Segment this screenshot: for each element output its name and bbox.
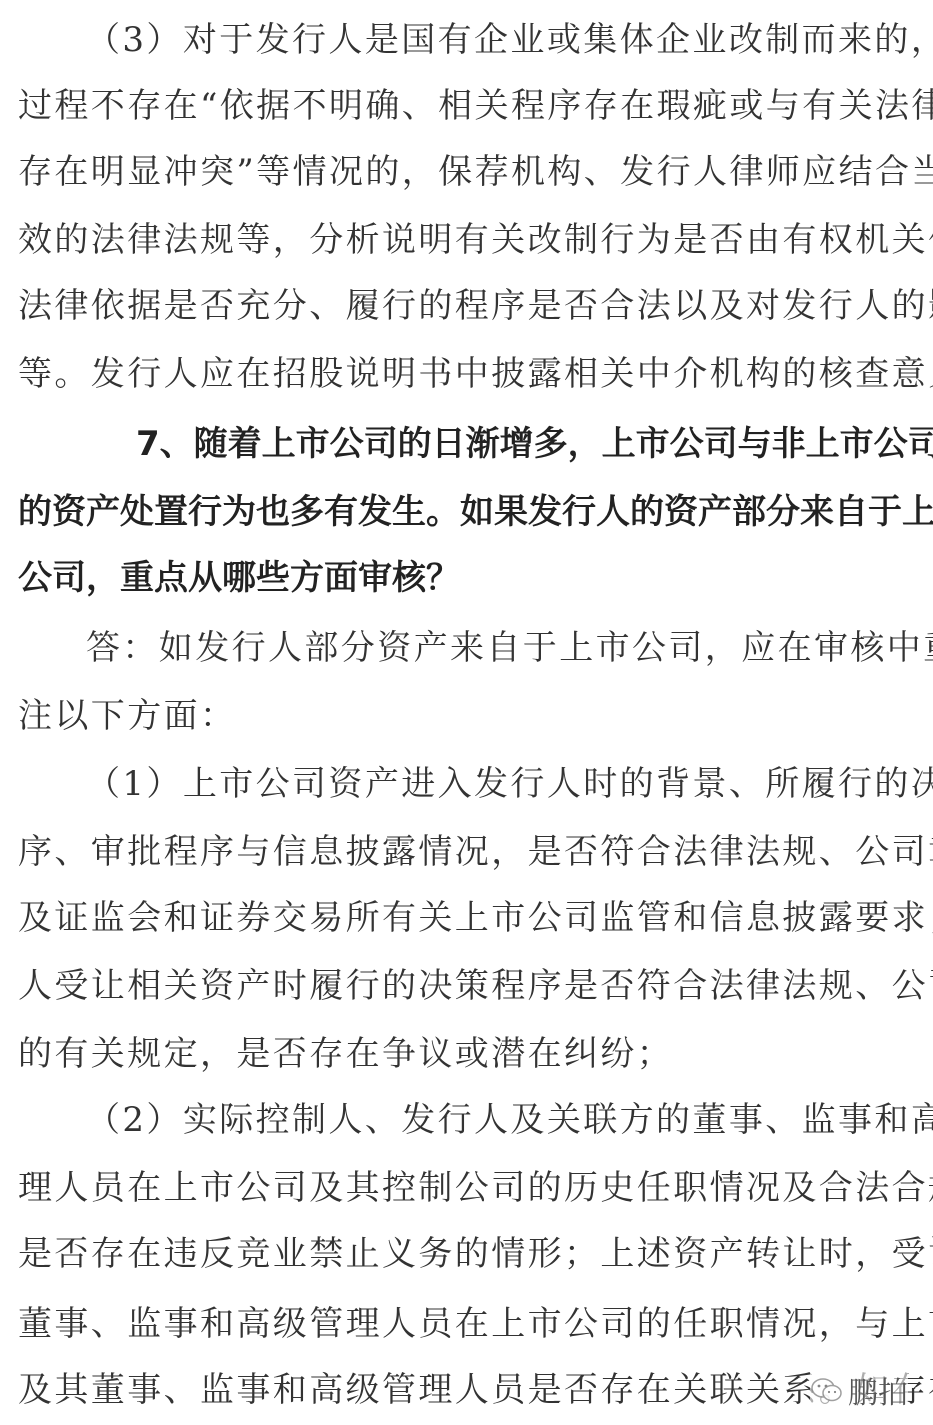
body-text-line: 理人员在上市公司及其控制公司的历史任职情况及合法合规性， (18, 1154, 933, 1222)
body-text-line: 存在明显冲突”等情况的，保荐机构、发行人律师应结合当时有 (18, 138, 933, 206)
body-text-line: （3）对于发行人是国有企业或集体企业改制而来的，改制 (86, 6, 933, 74)
body-text-line: （2）实际控制人、发行人及关联方的董事、监事和高级管 (86, 1086, 933, 1154)
question-heading-line: 7、随着上市公司的日渐增多，上市公司与非上市公司之间 (136, 410, 933, 478)
body-text-line: 过程不存在“依据不明确、相关程序存在瑕疵或与有关法律法规 (18, 72, 933, 140)
body-text-line: 答：如发行人部分资产来自于上市公司，应在审核中重点关 (86, 614, 933, 682)
body-text-line: 的有关规定，是否存在争议或潜在纠纷； (18, 1020, 673, 1088)
question-heading-line: 公司，重点从哪些方面审核？ (18, 544, 460, 612)
body-text-line: 序、审批程序与信息披露情况，是否符合法律法规、公司章程以 (18, 818, 933, 886)
body-text-line: 人受让相关资产时履行的决策程序是否符合法律法规、公司章程 (18, 952, 933, 1020)
body-text-line: （1）上市公司资产进入发行人时的背景、所履行的决策程 (86, 750, 933, 818)
body-text-line: 及证监会和证券交易所有关上市公司监管和信息披露要求；发行 (18, 884, 933, 952)
body-text-line: 董事、监事和高级管理人员在上市公司的任职情况，与上市公司 (18, 1290, 933, 1358)
body-text-line: 是否存在违反竞业禁止义务的情形；上述资产转让时，受让方的 (18, 1220, 933, 1288)
question-heading-line: 的资产处置行为也多有发生。如果发行人的资产部分来自于上市 (18, 478, 933, 546)
body-text-line: 注以下方面： (18, 682, 236, 750)
body-text-line: 法律依据是否充分、履行的程序是否合法以及对发行人的影响 (18, 272, 933, 340)
wechat-watermark: 鹏拍 (810, 1368, 908, 1412)
body-text-line: 效的法律法规等，分析说明有关改制行为是否由有权机关作出、 (18, 206, 933, 274)
body-text-line: 及其董事、监事和高级管理人员是否存在关联关系。如存在关联 (18, 1356, 933, 1424)
body-text-line: 等。发行人应在招股说明书中披露相关中介机构的核查意见。 (18, 340, 933, 408)
wechat-icon (810, 1376, 844, 1404)
watermark-label: 鹏拍 (848, 1368, 908, 1412)
